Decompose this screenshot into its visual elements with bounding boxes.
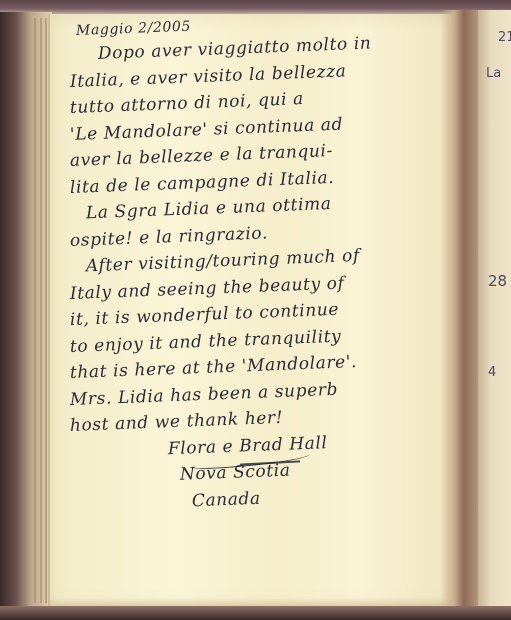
left-page-stack	[0, 12, 52, 612]
facing-page-mark: 21	[498, 30, 511, 45]
facing-page-mark: La	[486, 66, 501, 81]
page-edge	[45, 18, 47, 603]
handwritten-entry: Maggio 2/2005 Dopo aver viaggiatto molto…	[70, 22, 450, 519]
english-paragraph: After visiting/touring much of Italy and…	[70, 254, 450, 440]
facing-page-number: 28	[488, 272, 507, 290]
facing-page: 21 La 28 4	[478, 10, 511, 616]
guestbook-photo: 21 La 28 4 Maggio 2/2005 Dopo aver viagg…	[0, 0, 511, 620]
facing-page-number: 4	[488, 365, 496, 380]
page-edge	[34, 18, 36, 603]
italian-paragraph: Dopo aver viaggiatto molto in Italia, e …	[70, 42, 450, 254]
signature-block: Flora e Brad Hall Nova Scotia Canada	[70, 440, 450, 520]
book-bottom-edge	[0, 606, 511, 620]
page-edge	[40, 18, 42, 603]
